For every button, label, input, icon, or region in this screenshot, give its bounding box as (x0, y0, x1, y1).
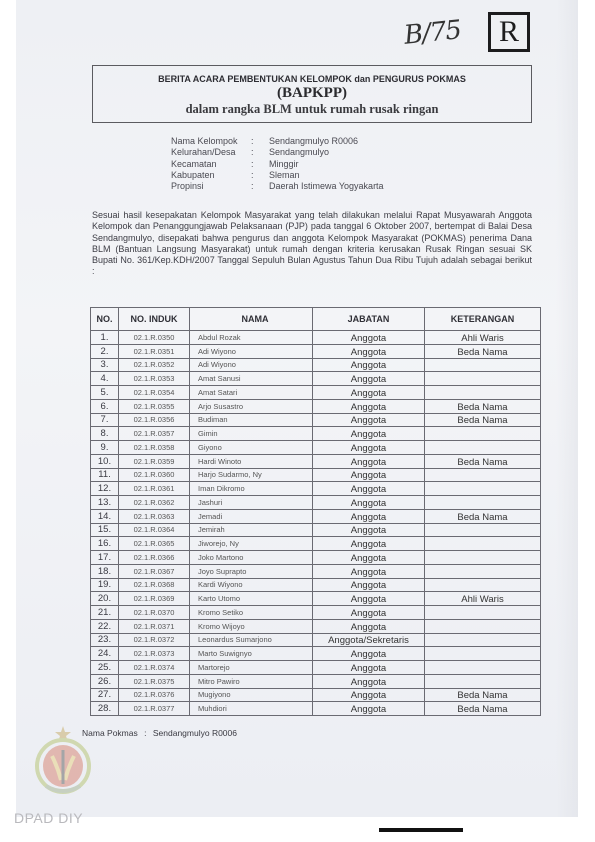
cell-nama: Muhdiori (190, 702, 313, 716)
cell-nama: Abdul Rozak (190, 331, 313, 345)
cell-keterangan: Beda Nama (425, 702, 541, 716)
cell-no-induk: 02.1.R.0354 (119, 386, 190, 400)
cell-jabatan: Anggota (313, 413, 425, 427)
table-row: 8.02.1.R.0357GiminAnggota (91, 427, 541, 441)
cell-no-induk: 02.1.R.0371 (119, 619, 190, 633)
cell-no: 7. (91, 413, 119, 427)
cell-no: 11. (91, 468, 119, 482)
cell-no-induk: 02.1.R.0357 (119, 427, 190, 441)
cell-keterangan (425, 619, 541, 633)
cell-jabatan: Anggota (313, 331, 425, 345)
group-info: Nama Kelompok:Sendangmulyo R0006Keluraha… (171, 136, 384, 192)
info-row: Kelurahan/Desa:Sendangmulyo (171, 147, 384, 158)
cell-keterangan (425, 372, 541, 386)
cell-jabatan: Anggota (313, 661, 425, 675)
cell-keterangan: Beda Nama (425, 413, 541, 427)
table-row: 9.02.1.R.0358GiyonoAnggota (91, 441, 541, 455)
info-label: Kelurahan/Desa (171, 147, 251, 158)
cell-no: 6. (91, 399, 119, 413)
cell-no: 15. (91, 523, 119, 537)
table-row: 22.02.1.R.0371Kromo WijoyoAnggota (91, 619, 541, 633)
info-label: Nama Kelompok (171, 136, 251, 147)
cell-jabatan: Anggota (313, 606, 425, 620)
cell-nama: Leonardus Sumarjono (190, 633, 313, 647)
cell-keterangan (425, 647, 541, 661)
cell-no-induk: 02.1.R.0363 (119, 509, 190, 523)
info-sep: : (251, 159, 269, 170)
table-row: 5.02.1.R.0354Amat SatariAnggota (91, 386, 541, 400)
cell-keterangan (425, 386, 541, 400)
cell-nama: Karto Utomo (190, 592, 313, 606)
cell-keterangan: Beda Nama (425, 399, 541, 413)
cell-jabatan: Anggota (313, 509, 425, 523)
cell-keterangan: Beda Nama (425, 344, 541, 358)
table-row: 1.02.1.R.0350Abdul RozakAnggotaAhli Wari… (91, 331, 541, 345)
cell-no-induk: 02.1.R.0351 (119, 344, 190, 358)
table-row: 28.02.1.R.0377MuhdioriAnggotaBeda Nama (91, 702, 541, 716)
cell-nama: Harjo Sudarmo, Ny (190, 468, 313, 482)
cell-no: 5. (91, 386, 119, 400)
cell-no-induk: 02.1.R.0368 (119, 578, 190, 592)
footer-label: Nama Pokmas (82, 728, 138, 738)
cell-nama: Giyono (190, 441, 313, 455)
table-row: 13.02.1.R.0362JashuriAnggota (91, 496, 541, 510)
table-row: 14.02.1.R.0363JemadiAnggotaBeda Nama (91, 509, 541, 523)
header-keterangan: KETERANGAN (425, 308, 541, 331)
cell-nama: Jiworejo, Ny (190, 537, 313, 551)
info-label: Kecamatan (171, 159, 251, 170)
cell-nama: Adi Wiyono (190, 344, 313, 358)
cell-no: 17. (91, 551, 119, 565)
cell-no-induk: 02.1.R.0367 (119, 564, 190, 578)
cell-no: 13. (91, 496, 119, 510)
cell-keterangan (425, 427, 541, 441)
cell-nama: Gimin (190, 427, 313, 441)
cell-no: 9. (91, 441, 119, 455)
cell-no: 23. (91, 633, 119, 647)
info-label: Propinsi (171, 181, 251, 192)
cell-nama: Iman Dikromo (190, 482, 313, 496)
cell-jabatan: Anggota (313, 427, 425, 441)
cell-nama: Arjo Susastro (190, 399, 313, 413)
table-row: 7.02.1.R.0356BudimanAnggotaBeda Nama (91, 413, 541, 427)
cell-no-induk: 02.1.R.0369 (119, 592, 190, 606)
table-row: 6.02.1.R.0355Arjo SusastroAnggotaBeda Na… (91, 399, 541, 413)
members-table: NO. NO. INDUK NAMA JABATAN KETERANGAN 1.… (90, 307, 541, 716)
cell-nama: Jemirah (190, 523, 313, 537)
table-row: 17.02.1.R.0366Joko MartonoAnggota (91, 551, 541, 565)
cell-nama: Amat Sanusi (190, 372, 313, 386)
cell-keterangan (425, 496, 541, 510)
table-row: 24.02.1.R.0373Marto SuwignyoAnggota (91, 647, 541, 661)
title-line-1: BERITA ACARA PEMBENTUKAN KELOMPOK dan PE… (93, 74, 531, 84)
cell-no: 26. (91, 674, 119, 688)
cell-jabatan: Anggota (313, 358, 425, 372)
cell-no-induk: 02.1.R.0365 (119, 537, 190, 551)
cell-jabatan: Anggota (313, 551, 425, 565)
info-row: Nama Kelompok:Sendangmulyo R0006 (171, 136, 384, 147)
cell-no: 10. (91, 454, 119, 468)
table-row: 16.02.1.R.0365Jiworejo, NyAnggota (91, 537, 541, 551)
cell-jabatan: Anggota (313, 496, 425, 510)
cell-jabatan: Anggota (313, 482, 425, 496)
cell-no: 4. (91, 372, 119, 386)
info-value: Sendangmulyo (269, 147, 329, 158)
cell-jabatan: Anggota (313, 702, 425, 716)
cell-keterangan (425, 564, 541, 578)
info-label: Kabupaten (171, 170, 251, 181)
cell-jabatan: Anggota (313, 372, 425, 386)
cell-keterangan (425, 661, 541, 675)
cell-no-induk: 02.1.R.0377 (119, 702, 190, 716)
info-sep: : (251, 136, 269, 147)
watermark: DPAD DIY (14, 810, 83, 826)
table-row: 20.02.1.R.0369Karto UtomoAnggotaAhli War… (91, 592, 541, 606)
header-no: NO. (91, 308, 119, 331)
table-row: 11.02.1.R.0360Harjo Sudarmo, NyAnggota (91, 468, 541, 482)
table-row: 3.02.1.R.0352Adi WiyonoAnggota (91, 358, 541, 372)
cell-no: 1. (91, 331, 119, 345)
cell-jabatan: Anggota (313, 399, 425, 413)
cell-no: 2. (91, 344, 119, 358)
cell-jabatan: Anggota (313, 454, 425, 468)
cell-jabatan: Anggota (313, 468, 425, 482)
cell-jabatan: Anggota (313, 647, 425, 661)
cell-jabatan: Anggota (313, 564, 425, 578)
table-row: 15.02.1.R.0364JemirahAnggota (91, 523, 541, 537)
intro-paragraph: Sesuai hasil kesepakatan Kelompok Masyar… (92, 210, 532, 278)
cell-nama: Hardi Winoto (190, 454, 313, 468)
cell-jabatan: Anggota/Sekretaris (313, 633, 425, 647)
cell-no-induk: 02.1.R.0376 (119, 688, 190, 702)
table-row: 2.02.1.R.0351Adi WiyonoAnggotaBeda Nama (91, 344, 541, 358)
cell-no: 22. (91, 619, 119, 633)
cell-no-induk: 02.1.R.0358 (119, 441, 190, 455)
cell-no-induk: 02.1.R.0370 (119, 606, 190, 620)
cell-keterangan (425, 578, 541, 592)
cell-jabatan: Anggota (313, 674, 425, 688)
cell-jabatan: Anggota (313, 537, 425, 551)
cell-jabatan: Anggota (313, 386, 425, 400)
cell-no-induk: 02.1.R.0366 (119, 551, 190, 565)
cell-jabatan: Anggota (313, 578, 425, 592)
cell-no-induk: 02.1.R.0355 (119, 399, 190, 413)
cell-no: 24. (91, 647, 119, 661)
info-row: Kabupaten:Sleman (171, 170, 384, 181)
table-header-row: NO. NO. INDUK NAMA JABATAN KETERANGAN (91, 308, 541, 331)
header-no-induk: NO. INDUK (119, 308, 190, 331)
header-jabatan: JABATAN (313, 308, 425, 331)
cell-no-induk: 02.1.R.0353 (119, 372, 190, 386)
cell-nama: Marto Suwignyo (190, 647, 313, 661)
cell-keterangan (425, 468, 541, 482)
title-subtitle: dalam rangka BLM untuk rumah rusak ringa… (93, 102, 531, 117)
info-value: Sendangmulyo R0006 (269, 136, 358, 147)
cell-nama: Budiman (190, 413, 313, 427)
table-row: 26.02.1.R.0375Mitro PawiroAnggota (91, 674, 541, 688)
cell-no: 20. (91, 592, 119, 606)
cell-no: 12. (91, 482, 119, 496)
cell-keterangan (425, 523, 541, 537)
header-nama: NAMA (190, 308, 313, 331)
cell-nama: Jemadi (190, 509, 313, 523)
info-sep: : (251, 181, 269, 192)
cell-jabatan: Anggota (313, 592, 425, 606)
page-bar (379, 828, 463, 832)
handwritten-note: B/75 (403, 15, 463, 51)
cell-nama: Joko Martono (190, 551, 313, 565)
cell-nama: Kromo Setiko (190, 606, 313, 620)
table-row: 25.02.1.R.0374MartorejoAnggota (91, 661, 541, 675)
footer-value: Sendangmulyo R0006 (153, 728, 237, 738)
cell-no-induk: 02.1.R.0372 (119, 633, 190, 647)
info-row: Kecamatan:Minggir (171, 159, 384, 170)
cell-keterangan: Beda Nama (425, 454, 541, 468)
cell-nama: Mitro Pawiro (190, 674, 313, 688)
table-row: 18.02.1.R.0367Joyo SupraptoAnggota (91, 564, 541, 578)
cell-no-induk: 02.1.R.0373 (119, 647, 190, 661)
info-value: Daerah Istimewa Yogyakarta (269, 181, 384, 192)
cell-no: 19. (91, 578, 119, 592)
cell-keterangan: Beda Nama (425, 509, 541, 523)
title-box: BERITA ACARA PEMBENTUKAN KELOMPOK dan PE… (92, 65, 532, 123)
info-sep: : (251, 147, 269, 158)
cell-no-induk: 02.1.R.0361 (119, 482, 190, 496)
cell-no: 8. (91, 427, 119, 441)
cell-no: 25. (91, 661, 119, 675)
cell-no: 27. (91, 688, 119, 702)
cell-keterangan: Beda Nama (425, 688, 541, 702)
cell-keterangan (425, 358, 541, 372)
cell-nama: Kardi Wiyono (190, 578, 313, 592)
cell-no: 21. (91, 606, 119, 620)
table-row: 23.02.1.R.0372Leonardus SumarjonoAnggota… (91, 633, 541, 647)
cell-no-induk: 02.1.R.0350 (119, 331, 190, 345)
cell-no-induk: 02.1.R.0362 (119, 496, 190, 510)
info-value: Minggir (269, 159, 299, 170)
footer-pokmas-name: Nama Pokmas : Sendangmulyo R0006 (82, 728, 237, 738)
cell-no: 16. (91, 537, 119, 551)
cell-no: 28. (91, 702, 119, 716)
info-value: Sleman (269, 170, 300, 181)
cell-no-induk: 02.1.R.0375 (119, 674, 190, 688)
cell-no: 18. (91, 564, 119, 578)
cell-no-induk: 02.1.R.0374 (119, 661, 190, 675)
title-acronym: (BAPKPP) (93, 85, 531, 101)
cell-no-induk: 02.1.R.0364 (119, 523, 190, 537)
cell-keterangan (425, 606, 541, 620)
cell-nama: Joyo Suprapto (190, 564, 313, 578)
cell-no-induk: 02.1.R.0360 (119, 468, 190, 482)
table-row: 10.02.1.R.0359Hardi WinotoAnggotaBeda Na… (91, 454, 541, 468)
cell-keterangan (425, 633, 541, 647)
info-sep: : (251, 170, 269, 181)
cell-keterangan: Ahli Waris (425, 331, 541, 345)
table-row: 19.02.1.R.0368Kardi WiyonoAnggota (91, 578, 541, 592)
cell-no-induk: 02.1.R.0356 (119, 413, 190, 427)
cell-keterangan (425, 441, 541, 455)
cell-jabatan: Anggota (313, 344, 425, 358)
cell-keterangan (425, 537, 541, 551)
cell-nama: Amat Satari (190, 386, 313, 400)
info-row: Propinsi:Daerah Istimewa Yogyakarta (171, 181, 384, 192)
table-row: 4.02.1.R.0353Amat SanusiAnggota (91, 372, 541, 386)
cell-jabatan: Anggota (313, 523, 425, 537)
footer-sep: : (144, 728, 146, 738)
cell-nama: Martorejo (190, 661, 313, 675)
table-row: 21.02.1.R.0370Kromo SetikoAnggota (91, 606, 541, 620)
cell-nama: Mugiyono (190, 688, 313, 702)
cell-no: 3. (91, 358, 119, 372)
scanned-page: B/75 R BERITA ACARA PEMBENTUKAN KELOMPOK… (16, 0, 578, 817)
cell-keterangan (425, 482, 541, 496)
cell-no-induk: 02.1.R.0359 (119, 454, 190, 468)
cell-no-induk: 02.1.R.0352 (119, 358, 190, 372)
cell-jabatan: Anggota (313, 441, 425, 455)
cell-nama: Jashuri (190, 496, 313, 510)
cell-jabatan: Anggota (313, 619, 425, 633)
table-row: 12.02.1.R.0361Iman DikromoAnggota (91, 482, 541, 496)
category-mark-box: R (488, 12, 530, 52)
cell-no: 14. (91, 509, 119, 523)
cell-jabatan: Anggota (313, 688, 425, 702)
cell-nama: Adi Wiyono (190, 358, 313, 372)
cell-keterangan: Ahli Waris (425, 592, 541, 606)
table-row: 27.02.1.R.0376MugiyonoAnggotaBeda Nama (91, 688, 541, 702)
cell-nama: Kromo Wijoyo (190, 619, 313, 633)
cell-keterangan (425, 674, 541, 688)
cell-keterangan (425, 551, 541, 565)
